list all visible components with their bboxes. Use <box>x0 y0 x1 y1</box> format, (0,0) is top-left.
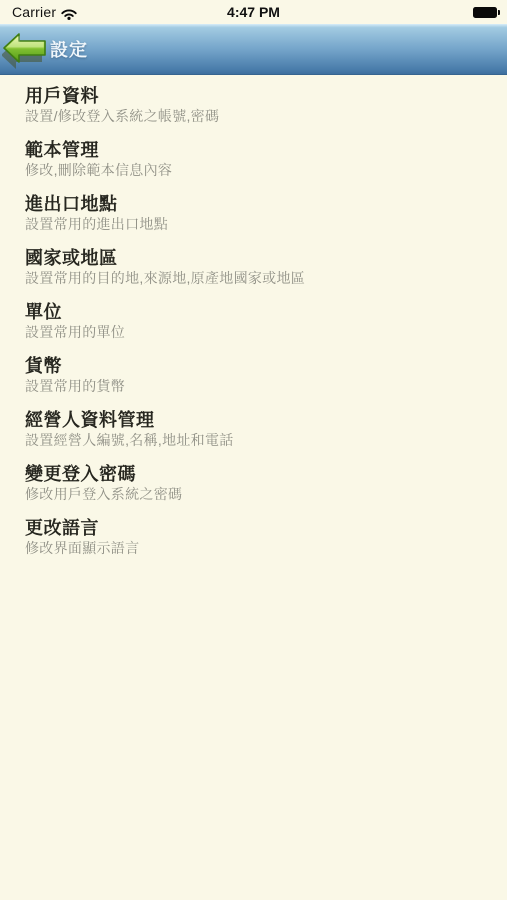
list-item-subtitle: 修改,刪除範本信息內容 <box>25 162 487 179</box>
list-item[interactable]: 變更登入密碼 修改用戶登入系統之密碼 <box>25 464 487 503</box>
list-item-title: 變更登入密碼 <box>25 464 487 485</box>
app-screen: Carrier 4:47 PM <box>0 0 507 900</box>
green-arrow-left-icon <box>2 31 48 74</box>
list-item-subtitle: 設置常用的單位 <box>25 324 487 341</box>
list-item[interactable]: 國家或地區 設置常用的目的地,來源地,原產地國家或地區 <box>25 248 487 287</box>
settings-list: 用戶資料 設置/修改登入系統之帳號,密碼 範本管理 修改,刪除範本信息內容 進出… <box>0 75 507 557</box>
battery-full-icon <box>473 7 497 18</box>
list-item-subtitle: 設置常用的進出口地點 <box>25 216 487 233</box>
list-item-subtitle: 設置常用的目的地,來源地,原產地國家或地區 <box>25 270 487 287</box>
list-item-title: 貨幣 <box>25 356 487 377</box>
page-title: 設定 <box>50 36 88 62</box>
list-item[interactable]: 單位 設置常用的單位 <box>25 302 487 341</box>
status-bar-right <box>473 7 497 18</box>
list-item-subtitle: 修改界面顯示語言 <box>25 540 487 557</box>
list-item-title: 更改語言 <box>25 518 487 539</box>
clock: 4:47 PM <box>0 4 507 20</box>
list-item[interactable]: 用戶資料 設置/修改登入系統之帳號,密碼 <box>25 86 487 125</box>
list-item-subtitle: 設置/修改登入系統之帳號,密碼 <box>25 108 487 125</box>
list-item-title: 進出口地點 <box>25 194 487 215</box>
list-item-title: 範本管理 <box>25 140 487 161</box>
list-item-subtitle: 設置常用的貨幣 <box>25 378 487 395</box>
list-item-title: 經營人資料管理 <box>25 410 487 431</box>
navigation-bar: 設定 <box>0 24 507 75</box>
back-button[interactable] <box>2 31 48 73</box>
status-bar: Carrier 4:47 PM <box>0 0 507 24</box>
list-item-subtitle: 修改用戶登入系統之密碼 <box>25 486 487 503</box>
list-item[interactable]: 進出口地點 設置常用的進出口地點 <box>25 194 487 233</box>
list-item[interactable]: 經營人資料管理 設置經營人編號,名稱,地址和電話 <box>25 410 487 449</box>
list-item[interactable]: 範本管理 修改,刪除範本信息內容 <box>25 140 487 179</box>
list-item-title: 國家或地區 <box>25 248 487 269</box>
list-item-title: 用戶資料 <box>25 86 487 107</box>
list-item[interactable]: 貨幣 設置常用的貨幣 <box>25 356 487 395</box>
list-item-subtitle: 設置經營人編號,名稱,地址和電話 <box>25 432 487 449</box>
list-item[interactable]: 更改語言 修改界面顯示語言 <box>25 518 487 557</box>
list-item-title: 單位 <box>25 302 487 323</box>
